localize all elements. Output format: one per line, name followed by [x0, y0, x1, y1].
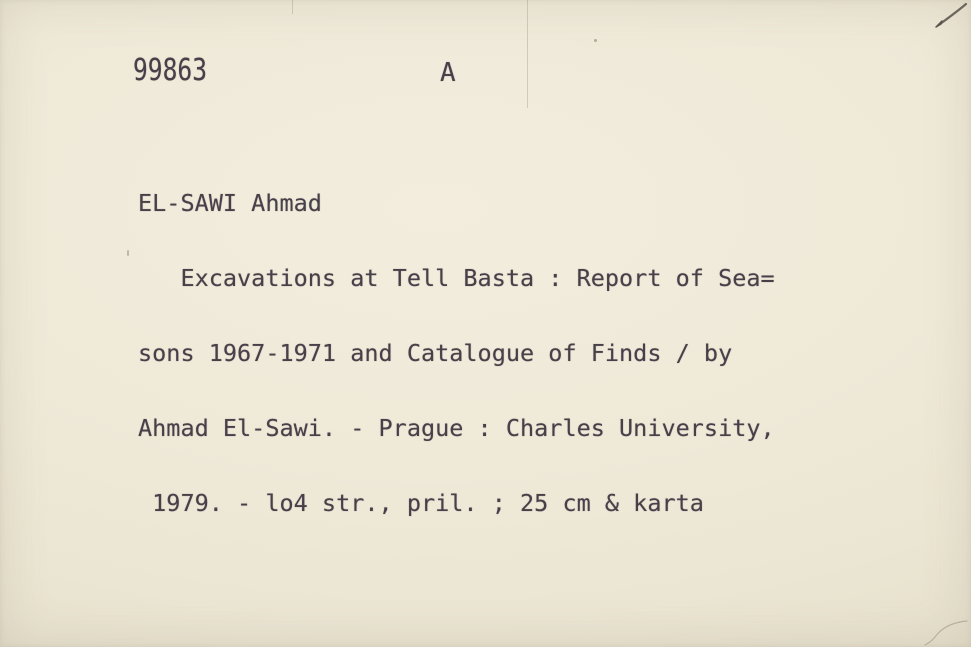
call-number: 99863	[133, 56, 207, 86]
paper-crease	[527, 0, 528, 108]
entry-line-title-1: Excavations at Tell Basta : Report of Se…	[138, 266, 775, 291]
entry-line-imprint: Ahmad El-Sawi. - Prague : Charles Univer…	[138, 416, 775, 441]
entry-line-title-2: sons 1967-1971 and Catalogue of Finds / …	[138, 341, 775, 366]
paper-crease	[292, 0, 293, 14]
pen-mark-icon	[925, 0, 971, 34]
paper-speck	[594, 39, 597, 42]
entry-line-collation: 1979. - lo4 str., pril. ; 25 cm & karta	[138, 491, 775, 516]
catalog-card: 99863 A EL-SAWI Ahmad Excavations at Tel…	[0, 0, 971, 647]
entry-line-author-heading: EL-SAWI Ahmad	[138, 191, 775, 216]
paper-speck	[127, 250, 129, 256]
scanned-catalog-card-photo: 99863 A EL-SAWI Ahmad Excavations at Tel…	[0, 0, 971, 647]
catalog-entry: EL-SAWI Ahmad Excavations at Tell Basta …	[138, 141, 775, 566]
section-letter: A	[440, 60, 456, 86]
paper-scratch-mark	[905, 615, 971, 647]
